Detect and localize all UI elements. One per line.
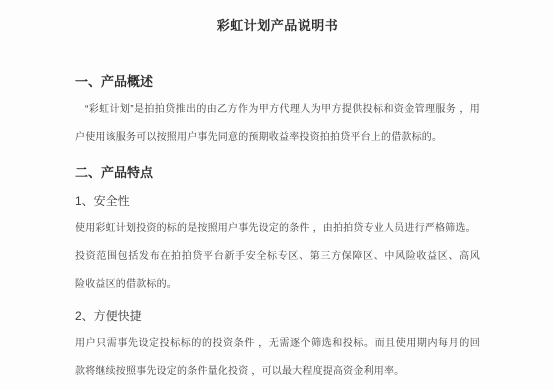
feature-2-paragraph-1: 用户只需事先设定投标标的的投资条件 ，无需逐个筛选和投标。而且使用期内每月的回款… bbox=[75, 330, 480, 386]
paragraph-line: 款将继续按照事先设定的条件量化投资 ，可以最大程度提高资金利用率。 bbox=[75, 358, 480, 386]
section-heading-product-overview: 一、产品概述 bbox=[75, 68, 480, 96]
paragraph-line: “彩虹计划”是拍拍贷推出的由乙方作为甲方代理人为甲方提供投标和资金管理服务 ，用 bbox=[75, 96, 480, 124]
feature-2-subheading-convenience: 2、方便快捷 bbox=[75, 302, 480, 330]
overview-paragraph: “彩虹计划”是拍拍贷推出的由乙方作为甲方代理人为甲方提供投标和资金管理服务 ，用… bbox=[75, 96, 480, 152]
section-heading-product-features: 二、产品特点 bbox=[75, 159, 480, 187]
paragraph-line: 投资范围包括发布在拍拍贷平台新手安全标专区、第三方保障区、中风险收益区、高风 bbox=[75, 243, 480, 271]
paragraph-line: 户使用该服务可以按照用户事先同意的预期收益率投资拍拍贷平台上的借款标的。 bbox=[75, 124, 480, 152]
document-title: 彩虹计划产品说明书 bbox=[75, 12, 480, 40]
document-content: 彩虹计划产品说明书 一、产品概述 “彩虹计划”是拍拍贷推出的由乙方作为甲方代理人… bbox=[75, 12, 480, 386]
feature-1-paragraph-2: 投资范围包括发布在拍拍贷平台新手安全标专区、第三方保障区、中风险收益区、高风险收… bbox=[75, 243, 480, 299]
feature-1-paragraph-1: 使用彩虹计划投资的标的是按照用户事先设定的条件 ，由拍拍贷专业人员进行严格筛选。 bbox=[75, 215, 480, 243]
document-page: 彩虹计划产品说明书 一、产品概述 “彩虹计划”是拍拍贷推出的由乙方作为甲方代理人… bbox=[0, 0, 554, 390]
paragraph-line: 用户只需事先设定投标标的的投资条件 ，无需逐个筛选和投标。而且使用期内每月的回 bbox=[75, 330, 480, 358]
feature-1-subheading-safety: 1、安全性 bbox=[75, 187, 480, 215]
paragraph-line: 险收益区的借款标的。 bbox=[75, 271, 480, 299]
paragraph-line: 使用彩虹计划投资的标的是按照用户事先设定的条件 ，由拍拍贷专业人员进行严格筛选。 bbox=[75, 215, 480, 243]
